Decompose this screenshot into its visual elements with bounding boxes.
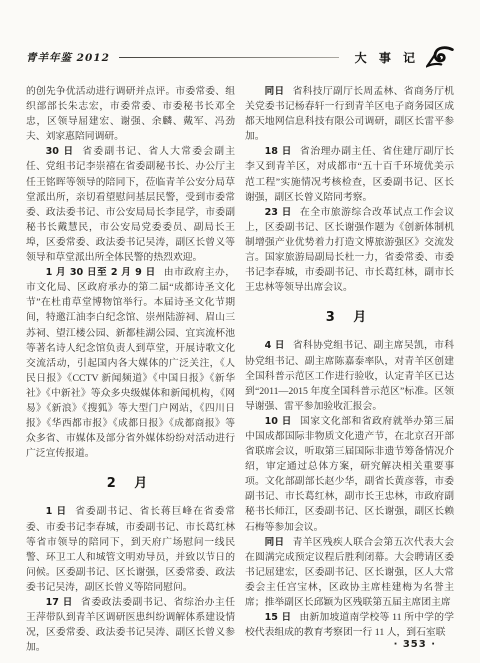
event-date: 4 日 xyxy=(265,340,285,351)
event-entry: 15 日由新加坡道南学校等 11 所中学的学校代表组成的教育考察团一行 11 人… xyxy=(245,610,454,640)
event-entry: 18 日省治理办副主任、省住建厅副厅长李又到青羊区，对成都市“五十百千环境优美示… xyxy=(245,144,454,204)
event-date: 同日 xyxy=(265,537,285,548)
event-entry: 同日省科技厅副厅长周孟林、省商务厅机关党委书记杨春轩一行到青羊区电子商务园区成都… xyxy=(245,84,454,144)
event-entry: 23 日在全市旅游综合改革试点工作会议上，区委副书记、区长谢强作题为《创新体制机… xyxy=(245,205,454,296)
page-number: · 353 · xyxy=(394,639,436,650)
text-columns: 的创先争优活动进行调研并点评。市委常委、组织部部长朱志宏，市委常委、市委秘书长邓… xyxy=(26,84,454,655)
month-heading: 3 月 xyxy=(245,310,454,325)
book-title: 青羊年鉴 2012 xyxy=(26,50,110,65)
event-text: 省委副书记、省长蒋巨峰在省委常委、市委书记李春城，市委副书记、市长葛红林等省市领… xyxy=(26,506,235,592)
event-date: 同日 xyxy=(265,86,285,97)
event-entry: 10 日国家文化部和省政府就举办第三届中国成都国际非物质文化遗产节，在北京召开部… xyxy=(245,414,454,535)
event-entry: 同日青羊区残疾人联合会第五次代表大会在圆满完成预定议程后胜利闭幕。大会聘请区委书… xyxy=(245,535,454,610)
event-text: 的创先争优活动进行调研并点评。市委常委、组织部部长朱志宏，市委常委、市委秘书长邓… xyxy=(26,86,235,142)
event-text: 国家文化部和省政府就举办第三届中国成都国际非物质文化遗产节，在北京召开部省联席会… xyxy=(245,416,454,533)
section-title: 大 事 记 xyxy=(355,49,419,66)
event-text: 省科协党组书记、副主席吴凯，市科协党组书记、副主席陈嘉泰率队，对青羊区创建全国科… xyxy=(245,340,454,411)
phoenix-swirl-icon xyxy=(426,46,454,68)
event-date: 23 日 xyxy=(265,207,292,218)
event-entry: 4 日省科协党组书记、副主席吴凯，市科协党组书记、副主席陈嘉泰率队，对青羊区创建… xyxy=(245,338,454,413)
event-entry: 30 日省委副书记、省人大常委会副主任、党组书记李崇禧在省委副秘书长、办公厅主任… xyxy=(26,144,235,265)
event-date: 1 日 xyxy=(46,506,67,517)
event-date: 18 日 xyxy=(265,146,292,157)
left-column: 的创先争优活动进行调研并点评。市委常委、组织部部长朱志宏，市委常委、市委秘书长邓… xyxy=(26,84,235,655)
event-text: 由市政府主办，市文化局、区政府承办的第二届“成都诗圣文化节”在杜甫草堂博物馆举行… xyxy=(26,267,235,459)
event-entry: 1 日省委副书记、省长蒋巨峰在省委常委、市委书记李春城，市委副书记、市长葛红林等… xyxy=(26,504,235,595)
event-date: 1 月 30 日至 2 月 9 日 xyxy=(46,267,156,278)
event-date: 15 日 xyxy=(265,612,292,623)
right-column: 同日省科技厅副厅长周孟林、省商务厅机关党委书记杨春轩一行到青羊区电子商务园区成都… xyxy=(245,84,454,655)
event-date: 10 日 xyxy=(265,416,292,427)
event-date: 30 日 xyxy=(46,146,75,157)
month-heading: 2 月 xyxy=(26,476,235,491)
header-rule xyxy=(119,57,339,59)
yearbook-page: 青羊年鉴 2012 大 事 记 的创先争优活动进行调研并点评。市委常委、组织部部… xyxy=(0,0,480,663)
continuation-paragraph: 的创先争优活动进行调研并点评。市委常委、组织部部长朱志宏，市委常委、市委秘书长邓… xyxy=(26,84,235,144)
event-text: 在全市旅游综合改革试点工作会议上，区委副书记、区长谢强作题为《创新体制机制增强产… xyxy=(245,207,454,293)
event-text: 省委副书记、省人大常委会副主任、党组书记李崇禧在省委副秘书长、办公厅主任王铭晖等… xyxy=(26,146,235,263)
running-head: 青羊年鉴 2012 大 事 记 xyxy=(26,46,454,68)
event-entry: 17 日省委政法委副书记、省综治办主任王萍带队到青羊区调研医患纠纷调解体系建设情… xyxy=(26,595,235,655)
event-date: 17 日 xyxy=(46,597,73,608)
event-entry: 1 月 30 日至 2 月 9 日由市政府主办，市文化局、区政府承办的第二届“成… xyxy=(26,265,235,461)
